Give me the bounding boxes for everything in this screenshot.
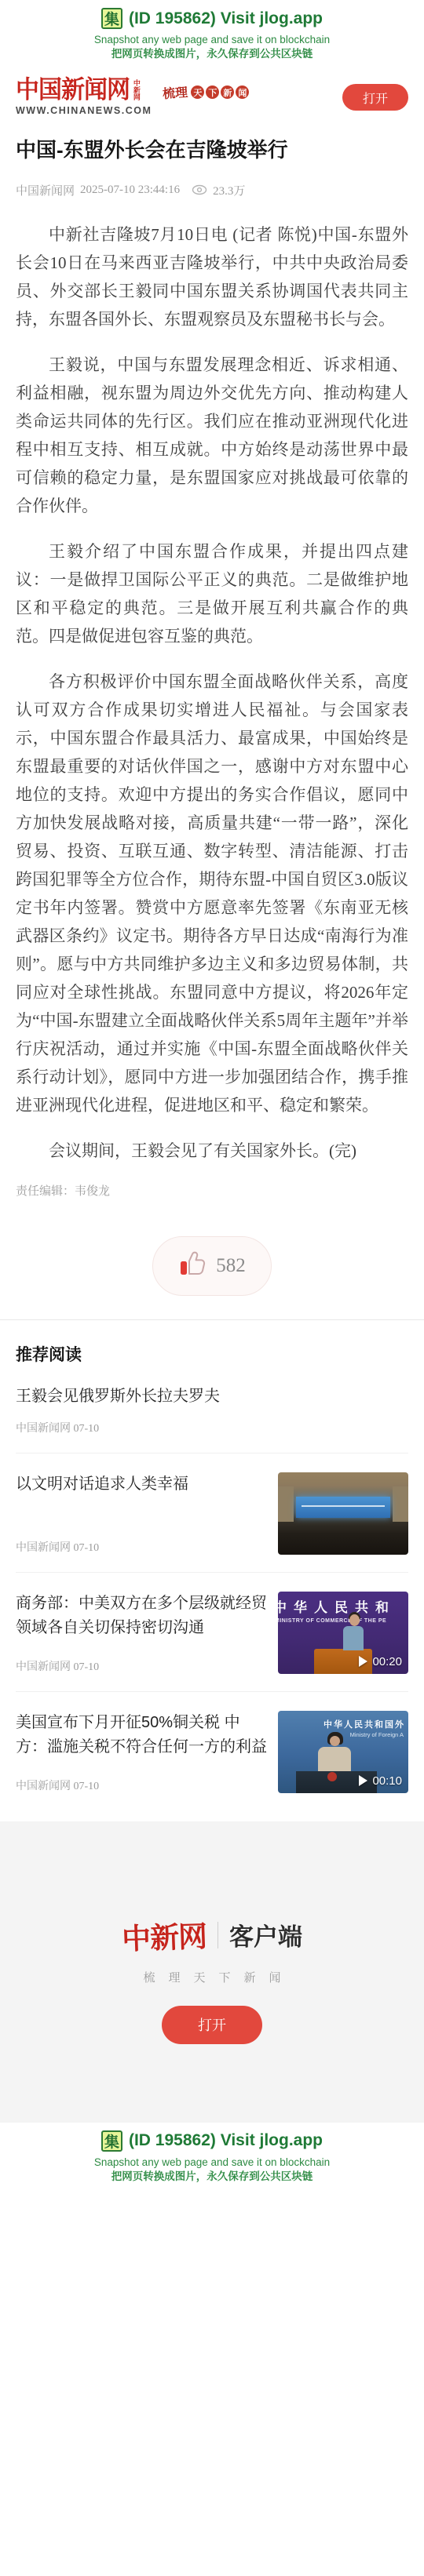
thumb-backdrop-subtext: Ministry of Foreign A bbox=[350, 1731, 404, 1738]
play-icon bbox=[359, 1775, 367, 1786]
thumb-backdrop-subtext: MINISTRY OF COMMERCE OF THE PE bbox=[278, 1618, 408, 1624]
jlog-app-icon: 集 bbox=[101, 2130, 122, 2152]
rec-item-date: 07-10 bbox=[74, 1423, 100, 1435]
list-item[interactable]: 商务部：中美双方在多个层级就经贸领域各自关切保持密切沟通 中国新闻网 07-10… bbox=[16, 1573, 408, 1692]
jlog-app-icon: 集 bbox=[101, 8, 122, 29]
stamp-circle-2: 下 bbox=[206, 86, 219, 99]
article-datetime: 2025-07-10 23:44:16 bbox=[80, 184, 180, 197]
rec-item-date: 07-10 bbox=[74, 1781, 100, 1792]
rec-item-date: 07-10 bbox=[74, 1542, 100, 1554]
views-count: 23.3万 bbox=[213, 182, 245, 198]
promo-id-text: (ID 195862) Visit jlog.app bbox=[129, 9, 323, 28]
national-emblem-icon bbox=[327, 1772, 337, 1781]
rec-item-title: 美国宣布下月开征50%铜关税 中方：滥施关税不符合任何一方的利益 bbox=[16, 1711, 267, 1759]
promo-subtitle-zh: 把网页转换成图片，永久保存到公共区块链 bbox=[0, 47, 424, 61]
site-logo: 中国新闻网 中新网 WWW.CHINANEWS.COM 梳理 天 下 新 闻 bbox=[16, 78, 249, 116]
recommend-section: 推荐阅读 王毅会见俄罗斯外长拉夫罗夫 中国新闻网 07-10 以文明对话追求人类… bbox=[0, 1319, 424, 1810]
editor-line: 责任编辑：韦俊龙 bbox=[16, 1182, 408, 1199]
thumbs-up-icon bbox=[178, 1250, 208, 1282]
article-title: 中国-东盟外长会在吉隆坡举行 bbox=[16, 136, 408, 164]
play-icon bbox=[359, 1656, 367, 1667]
promo-subtitle-en: Snapshot any web page and save it on blo… bbox=[0, 2156, 424, 2170]
paragraph: 中新社吉隆坡7月10日电 (记者 陈悦)中国-东盟外长会10日在马来西亚吉隆坡举… bbox=[16, 220, 408, 333]
stamp-prefix-text: 梳理 bbox=[163, 82, 189, 102]
site-header: 中国新闻网 中新网 WWW.CHINANEWS.COM 梳理 天 下 新 闻 打… bbox=[0, 67, 424, 130]
chinanews-logo-text: 中国新闻网 bbox=[16, 78, 130, 104]
slogan-stamp: 梳理 天 下 新 闻 bbox=[163, 83, 249, 101]
footer-logo-divider bbox=[217, 1922, 218, 1948]
article-byline: 中国新闻网 2025-07-10 23:44:16 23.3万 bbox=[16, 182, 408, 198]
like-button[interactable]: 582 bbox=[152, 1236, 272, 1296]
paragraph: 会议期间，王毅会见了有关国家外长。(完) bbox=[16, 1137, 408, 1165]
thumb-backdrop-text: 中华人民共和 bbox=[278, 1596, 408, 1616]
promo-subtitle-en: Snapshot any web page and save it on blo… bbox=[0, 33, 424, 47]
stamp-circle-4: 闻 bbox=[236, 86, 249, 99]
app-logo: 中新网 客户端 bbox=[122, 1914, 302, 1956]
thumb-backdrop-text: 中华人民共和国外 bbox=[323, 1718, 405, 1730]
list-item[interactable]: 王毅会见俄罗斯外长拉夫罗夫 中国新闻网 07-10 bbox=[16, 1366, 408, 1454]
app-footer: 中新网 客户端 梳理天下新闻 打开 bbox=[0, 1821, 424, 2123]
chinanews-logo-side-text: 中新网 bbox=[132, 79, 140, 100]
video-thumbnail-mofa[interactable]: 中华人民共和国外 Ministry of Foreign A 00:10 bbox=[278, 1711, 408, 1793]
video-duration: 00:20 bbox=[372, 1655, 402, 1668]
open-app-button-footer[interactable]: 打开 bbox=[162, 2006, 262, 2044]
promo-subtitle-zh: 把网页转换成图片，永久保存到公共区块链 bbox=[0, 2170, 424, 2184]
recommend-heading: 推荐阅读 bbox=[16, 1342, 408, 1366]
paragraph: 各方积极评价中国东盟全面战略伙伴关系，高度认可双方合作成果切实增进人民福祉。与会… bbox=[16, 668, 408, 1119]
video-duration: 00:10 bbox=[372, 1774, 402, 1788]
footer-slogan: 梳理天下新闻 bbox=[130, 1969, 294, 1985]
video-thumbnail-mofcom[interactable]: 中华人民共和 MINISTRY OF COMMERCE OF THE PE 00… bbox=[278, 1592, 408, 1674]
stamp-circle-3: 新 bbox=[221, 86, 234, 99]
rec-item-title: 王毅会见俄罗斯外长拉夫罗夫 bbox=[16, 1384, 408, 1409]
list-item[interactable]: 以文明对话追求人类幸福 中国新闻网 07-10 bbox=[16, 1454, 408, 1573]
article: 中国-东盟外长会在吉隆坡举行 中国新闻网 2025-07-10 23:44:16… bbox=[0, 136, 424, 1295]
page: 集 (ID 195862) Visit jlog.app Snapshot an… bbox=[0, 0, 424, 2576]
stamp-circle-1: 天 bbox=[191, 86, 204, 99]
promo-banner-bottom[interactable]: 集 (ID 195862) Visit jlog.app Snapshot an… bbox=[0, 2123, 424, 2190]
rec-item-title: 商务部：中美双方在多个层级就经贸领域各自关切保持密切沟通 bbox=[16, 1592, 267, 1640]
article-thumbnail-conference bbox=[278, 1472, 408, 1555]
rec-item-source: 中国新闻网 bbox=[16, 1423, 71, 1435]
chinanews-logo-url: WWW.CHINANEWS.COM bbox=[16, 105, 152, 116]
footer-logo-suffix: 客户端 bbox=[229, 1917, 302, 1952]
views-eye-icon bbox=[192, 184, 207, 195]
list-item[interactable]: 美国宣布下月开征50%铜关税 中方：滥施关税不符合任何一方的利益 中国新闻网 0… bbox=[16, 1692, 408, 1810]
footer-logo-text: 中新网 bbox=[121, 1912, 207, 1958]
rec-item-source: 中国新闻网 bbox=[16, 1542, 71, 1554]
rec-item-date: 07-10 bbox=[74, 1661, 100, 1673]
article-body: 中新社吉隆坡7月10日电 (记者 陈悦)中国-东盟外长会10日在马来西亚吉隆坡举… bbox=[16, 220, 408, 1165]
open-app-button-header[interactable]: 打开 bbox=[342, 84, 408, 111]
promo-id-text: (ID 195862) Visit jlog.app bbox=[129, 2131, 323, 2150]
paragraph: 王毅说，中国与东盟发展理念相近、诉求相通、利益相融，视东盟为周边外交优先方向、推… bbox=[16, 351, 408, 520]
like-count: 582 bbox=[216, 1255, 246, 1277]
rec-item-source: 中国新闻网 bbox=[16, 1781, 71, 1792]
promo-banner-top[interactable]: 集 (ID 195862) Visit jlog.app Snapshot an… bbox=[0, 0, 424, 67]
rec-item-title: 以文明对话追求人类幸福 bbox=[16, 1472, 267, 1497]
paragraph: 王毅介绍了中国东盟合作成果，并提出四点建议：一是做捍卫国际公平正义的典范。二是做… bbox=[16, 537, 408, 650]
rec-item-source: 中国新闻网 bbox=[16, 1661, 71, 1673]
article-source: 中国新闻网 bbox=[16, 182, 75, 198]
